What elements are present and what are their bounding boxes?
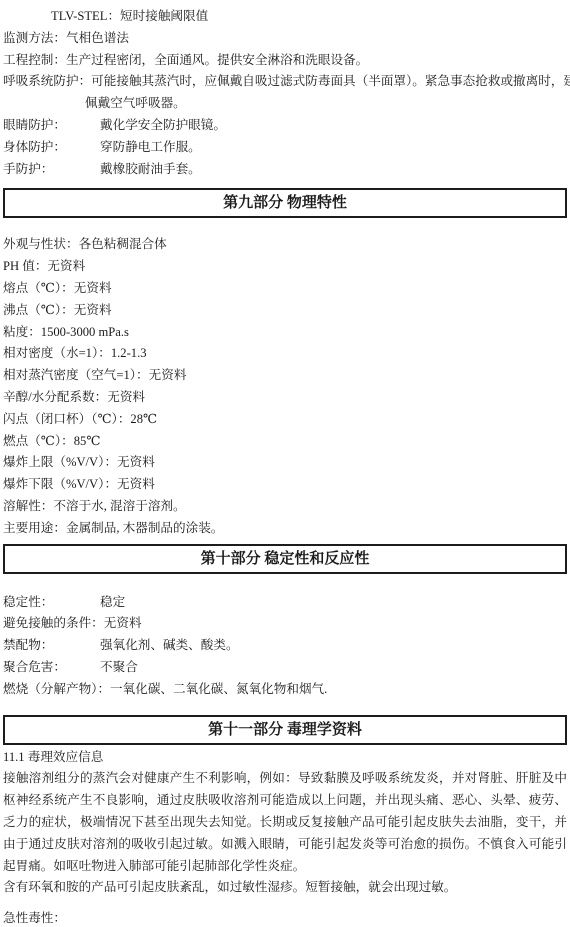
protection-row: 身体防护： 穿防静电工作服。	[3, 137, 567, 159]
line-text: 呼吸系统防护：可能接触其蒸汽时，应佩戴自吸过滤式防毒面具（半面罩）。紧急事态抢救…	[3, 74, 570, 88]
row-label: 燃烧（分解产物）：	[3, 679, 110, 701]
row-value: 戴橡胶耐油手套。	[100, 159, 201, 181]
row-value: 不聚合	[100, 657, 138, 679]
row-label: 禁配物：	[3, 635, 100, 657]
stability-row: 禁配物： 强氧化剂、碱类、酸类。	[3, 635, 567, 657]
section9-title: 第九部分 物理特性	[223, 195, 347, 211]
msds-document: TLV-STEL：短时接触阈限值 监测方法：气相色谱法 工程控制：生产过程密闭，…	[0, 0, 570, 927]
physical-property-line: 主要用途：金属制品, 木器制品的涂装。	[3, 518, 567, 540]
text-line: TLV-STEL：短时接触阈限值	[3, 6, 567, 28]
physical-property-line: 相对蒸汽密度（空气=1）：无资料	[3, 365, 567, 387]
physical-property-line: 爆炸上限（%V/V）：无资料	[3, 452, 567, 474]
protection-row: 眼睛防护： 戴化学安全防护眼镜。	[3, 115, 567, 137]
physical-property-line: PH 值：无资料	[3, 256, 567, 278]
row-label: 避免接触的条件：	[3, 613, 104, 635]
physical-property-line: 爆炸下限（%V/V）：无资料	[3, 474, 567, 496]
personal-protection-rows: 眼睛防护： 戴化学安全防护眼镜。 身体防护： 穿防静电工作服。 手防护： 戴橡胶…	[3, 115, 567, 180]
section11-subheading: 11.1 毒理效应信息	[3, 747, 567, 769]
msds-document-page: { "colors": { "text": "#1a1a1a", "backgr…	[0, 0, 570, 927]
section10-body: 稳定性： 稳定 避免接触的条件： 无资料 禁配物： 强氧化剂、碱类、酸类。 聚合…	[3, 592, 567, 701]
row-value: 强氧化剂、碱类、酸类。	[100, 635, 239, 657]
row-value: 一氧化碳、二氧化碳、氮氧化物和烟气.	[110, 679, 327, 701]
text-line: 呼吸系统防护：可能接触其蒸汽时，应佩戴自吸过滤式防毒面具（半面罩）。紧急事态抢救…	[3, 71, 567, 93]
section11-header: 第十一部分 毒理学资料	[3, 715, 567, 745]
line-text: 相对密度（水=1）：1.2-1.3	[3, 346, 147, 360]
text-line: 监测方法：气相色谱法	[3, 28, 567, 50]
section10-header: 第十部分 稳定性和反应性	[3, 544, 567, 574]
physical-property-line: 沸点（℃）：无资料	[3, 300, 567, 322]
line-text: 熔点（℃）：无资料	[3, 281, 112, 295]
stability-row: 聚合危害： 不聚合	[3, 657, 567, 679]
row-value: 无资料	[104, 613, 142, 635]
line-text: 粘度：1500-3000 mPa.s	[3, 325, 129, 339]
physical-property-line: 粘度：1500-3000 mPa.s	[3, 322, 567, 344]
line-text: 相对蒸汽密度（空气=1）：无资料	[3, 368, 186, 382]
text-line: 工程控制：生产过程密闭，全面通风。提供安全淋浴和洗眼设备。	[3, 50, 567, 72]
toxicology-paragraph-1: 接触溶剂组分的蒸汽会对健康产生不利影响，例如：导致黏膜及呼吸系统发炎，并对肾脏、…	[3, 768, 567, 877]
exposure-control-lines: TLV-STEL：短时接触阈限值 监测方法：气相色谱法 工程控制：生产过程密闭，…	[3, 6, 567, 115]
text-line: 佩戴空气呼吸器。	[3, 93, 567, 115]
line-text: 沸点（℃）：无资料	[3, 303, 112, 317]
row-label: 眼睛防护：	[3, 115, 100, 137]
line-text: 溶解性：不溶于水, 混溶于溶剂。	[3, 499, 186, 513]
line-text: 爆炸上限（%V/V）：无资料	[3, 455, 155, 469]
line-text: 闪点（闭口杯）（℃）：28℃	[3, 412, 157, 426]
stability-row: 避免接触的条件： 无资料	[3, 613, 567, 635]
physical-property-line: 辛醇/水分配系数：无资料	[3, 387, 567, 409]
line-text: PH 值：无资料	[3, 259, 85, 273]
line-text: 主要用途：金属制品, 木器制品的涂装。	[3, 521, 223, 535]
line-text: 监测方法：气相色谱法	[3, 31, 129, 45]
section10-title: 第十部分 稳定性和反应性	[201, 551, 370, 567]
row-label: 手防护：	[3, 159, 100, 181]
line-text: 佩戴空气呼吸器。	[85, 96, 186, 110]
row-value: 穿防静电工作服。	[100, 137, 201, 159]
line-text: 辛醇/水分配系数：无资料	[3, 390, 145, 404]
section9-body: 外观与性状：各色粘稠混合体 PH 值：无资料 熔点（℃）：无资料 沸点（℃）：无…	[3, 234, 567, 539]
stability-row: 燃烧（分解产物）： 一氧化碳、二氧化碳、氮氧化物和烟气.	[3, 679, 567, 701]
line-text: 工程控制：生产过程密闭，全面通风。提供安全淋浴和洗眼设备。	[3, 53, 368, 67]
row-label: 聚合危害：	[3, 657, 100, 679]
row-value: 稳定	[100, 592, 125, 614]
physical-property-line: 熔点（℃）：无资料	[3, 278, 567, 300]
physical-property-line: 闪点（闭口杯）（℃）：28℃	[3, 409, 567, 431]
stability-row: 稳定性： 稳定	[3, 592, 567, 614]
row-label: 稳定性：	[3, 592, 100, 614]
physical-property-line: 溶解性：不溶于水, 混溶于溶剂。	[3, 496, 567, 518]
row-value: 戴化学安全防护眼镜。	[100, 115, 226, 137]
line-text: TLV-STEL：短时接触阈限值	[51, 9, 208, 23]
line-text: 燃点（℃）：85℃	[3, 434, 100, 448]
row-label: 身体防护：	[3, 137, 100, 159]
physical-property-line: 相对密度（水=1）：1.2-1.3	[3, 343, 567, 365]
line-text: 爆炸下限（%V/V）：无资料	[3, 477, 155, 491]
toxicology-paragraph-2: 含有环氧和胺的产品可引起皮肤紊乱，如过敏性湿疹。短暂接触，就会出现过敏。	[3, 877, 567, 899]
section9-header: 第九部分 物理特性	[3, 188, 567, 218]
acute-toxicity-label: 急性毒性：	[3, 908, 567, 927]
line-text: 外观与性状：各色粘稠混合体	[3, 237, 167, 251]
physical-property-line: 外观与性状：各色粘稠混合体	[3, 234, 567, 256]
section11-title: 第十一部分 毒理学资料	[208, 722, 362, 738]
protection-row: 手防护： 戴橡胶耐油手套。	[3, 159, 567, 181]
physical-property-line: 燃点（℃）：85℃	[3, 431, 567, 453]
